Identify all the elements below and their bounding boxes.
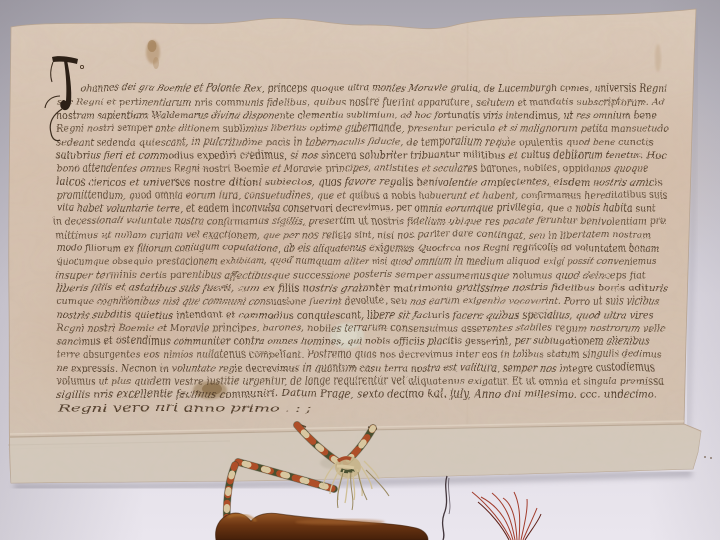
manuscript-line: modo filiorum ex filiorum coniugum copul…	[55, 241, 659, 253]
charter-photo: ohannes dei gra Boemie et Polonie Rex, p…	[0, 0, 720, 540]
manuscript-line: promittendum, quod omnia eorum iura, con…	[55, 188, 667, 200]
manuscript-line: terre absurgentes eos nimios nullatenus …	[55, 347, 661, 359]
manuscript-line: bono attendentes omnes Regni nostri Boem…	[55, 161, 647, 173]
manuscript-line: in decessionali voluntate nostra confirm…	[52, 214, 665, 226]
manuscript-line: ohannes dei gra Boemie et Polonie Rex, p…	[79, 81, 665, 93]
manuscript-line: sigillis nris excellentie fecimus commun…	[55, 387, 656, 399]
stain-streak	[655, 44, 661, 72]
stain-drip-core	[148, 40, 157, 52]
manuscript-line: mittimus ut nullam curiam vel exactionem…	[55, 228, 650, 240]
manuscript-line: quocumque obsequio prestacionem exhibita…	[55, 254, 656, 266]
manuscript-line: laicos clericos et universos nostre diti…	[55, 175, 662, 187]
manuscript-line: nostram sapientiam Waldemarus divina dis…	[55, 108, 655, 120]
manuscript-line: Regni nostri Boemie et Moravie principes…	[54, 321, 664, 333]
manuscript-line: insuper terminis certis parentibus affec…	[55, 268, 645, 280]
photo: ohannes dei gra Boemie et Polonie Rex, p…	[0, 0, 720, 540]
manuscript-line: Regni nostri semper ante ditionem sublim…	[54, 121, 667, 133]
manuscript-line: salubrius fieri et commodius expediri cr…	[55, 148, 665, 160]
manuscript-line: nostris subditis quietius intendant et c…	[55, 308, 653, 320]
manuscript-line: Regni vero nri anno primo . : ;	[55, 401, 310, 413]
manuscript-line: sedeant sedenda quiescant, in pulcritudi…	[55, 135, 653, 147]
stain-drip-tail	[153, 57, 159, 69]
manuscript-line: sue Regni et pertinentiarum nris communi…	[55, 95, 663, 107]
manuscript-line: cumque cognitionibus nisi que communi co…	[55, 294, 659, 306]
manuscript-line: liberis filiis et astatibus suis fuerit,…	[55, 281, 668, 293]
manuscript-line: sancimus et ostendimus communiter contra…	[55, 334, 649, 346]
manuscript-line: ne expressis. Necnon in voluntate regie …	[55, 361, 655, 373]
manuscript-line: vita habet voluntarie terre, et eadem in…	[55, 201, 655, 213]
wax-seal-sheen	[295, 519, 385, 525]
manuscript-line: volumus ut plus quidem vestre iustitie u…	[55, 374, 663, 386]
manuscript-text: ohannes dei gra Boemie et Polonie Rex, p…	[52, 81, 668, 413]
